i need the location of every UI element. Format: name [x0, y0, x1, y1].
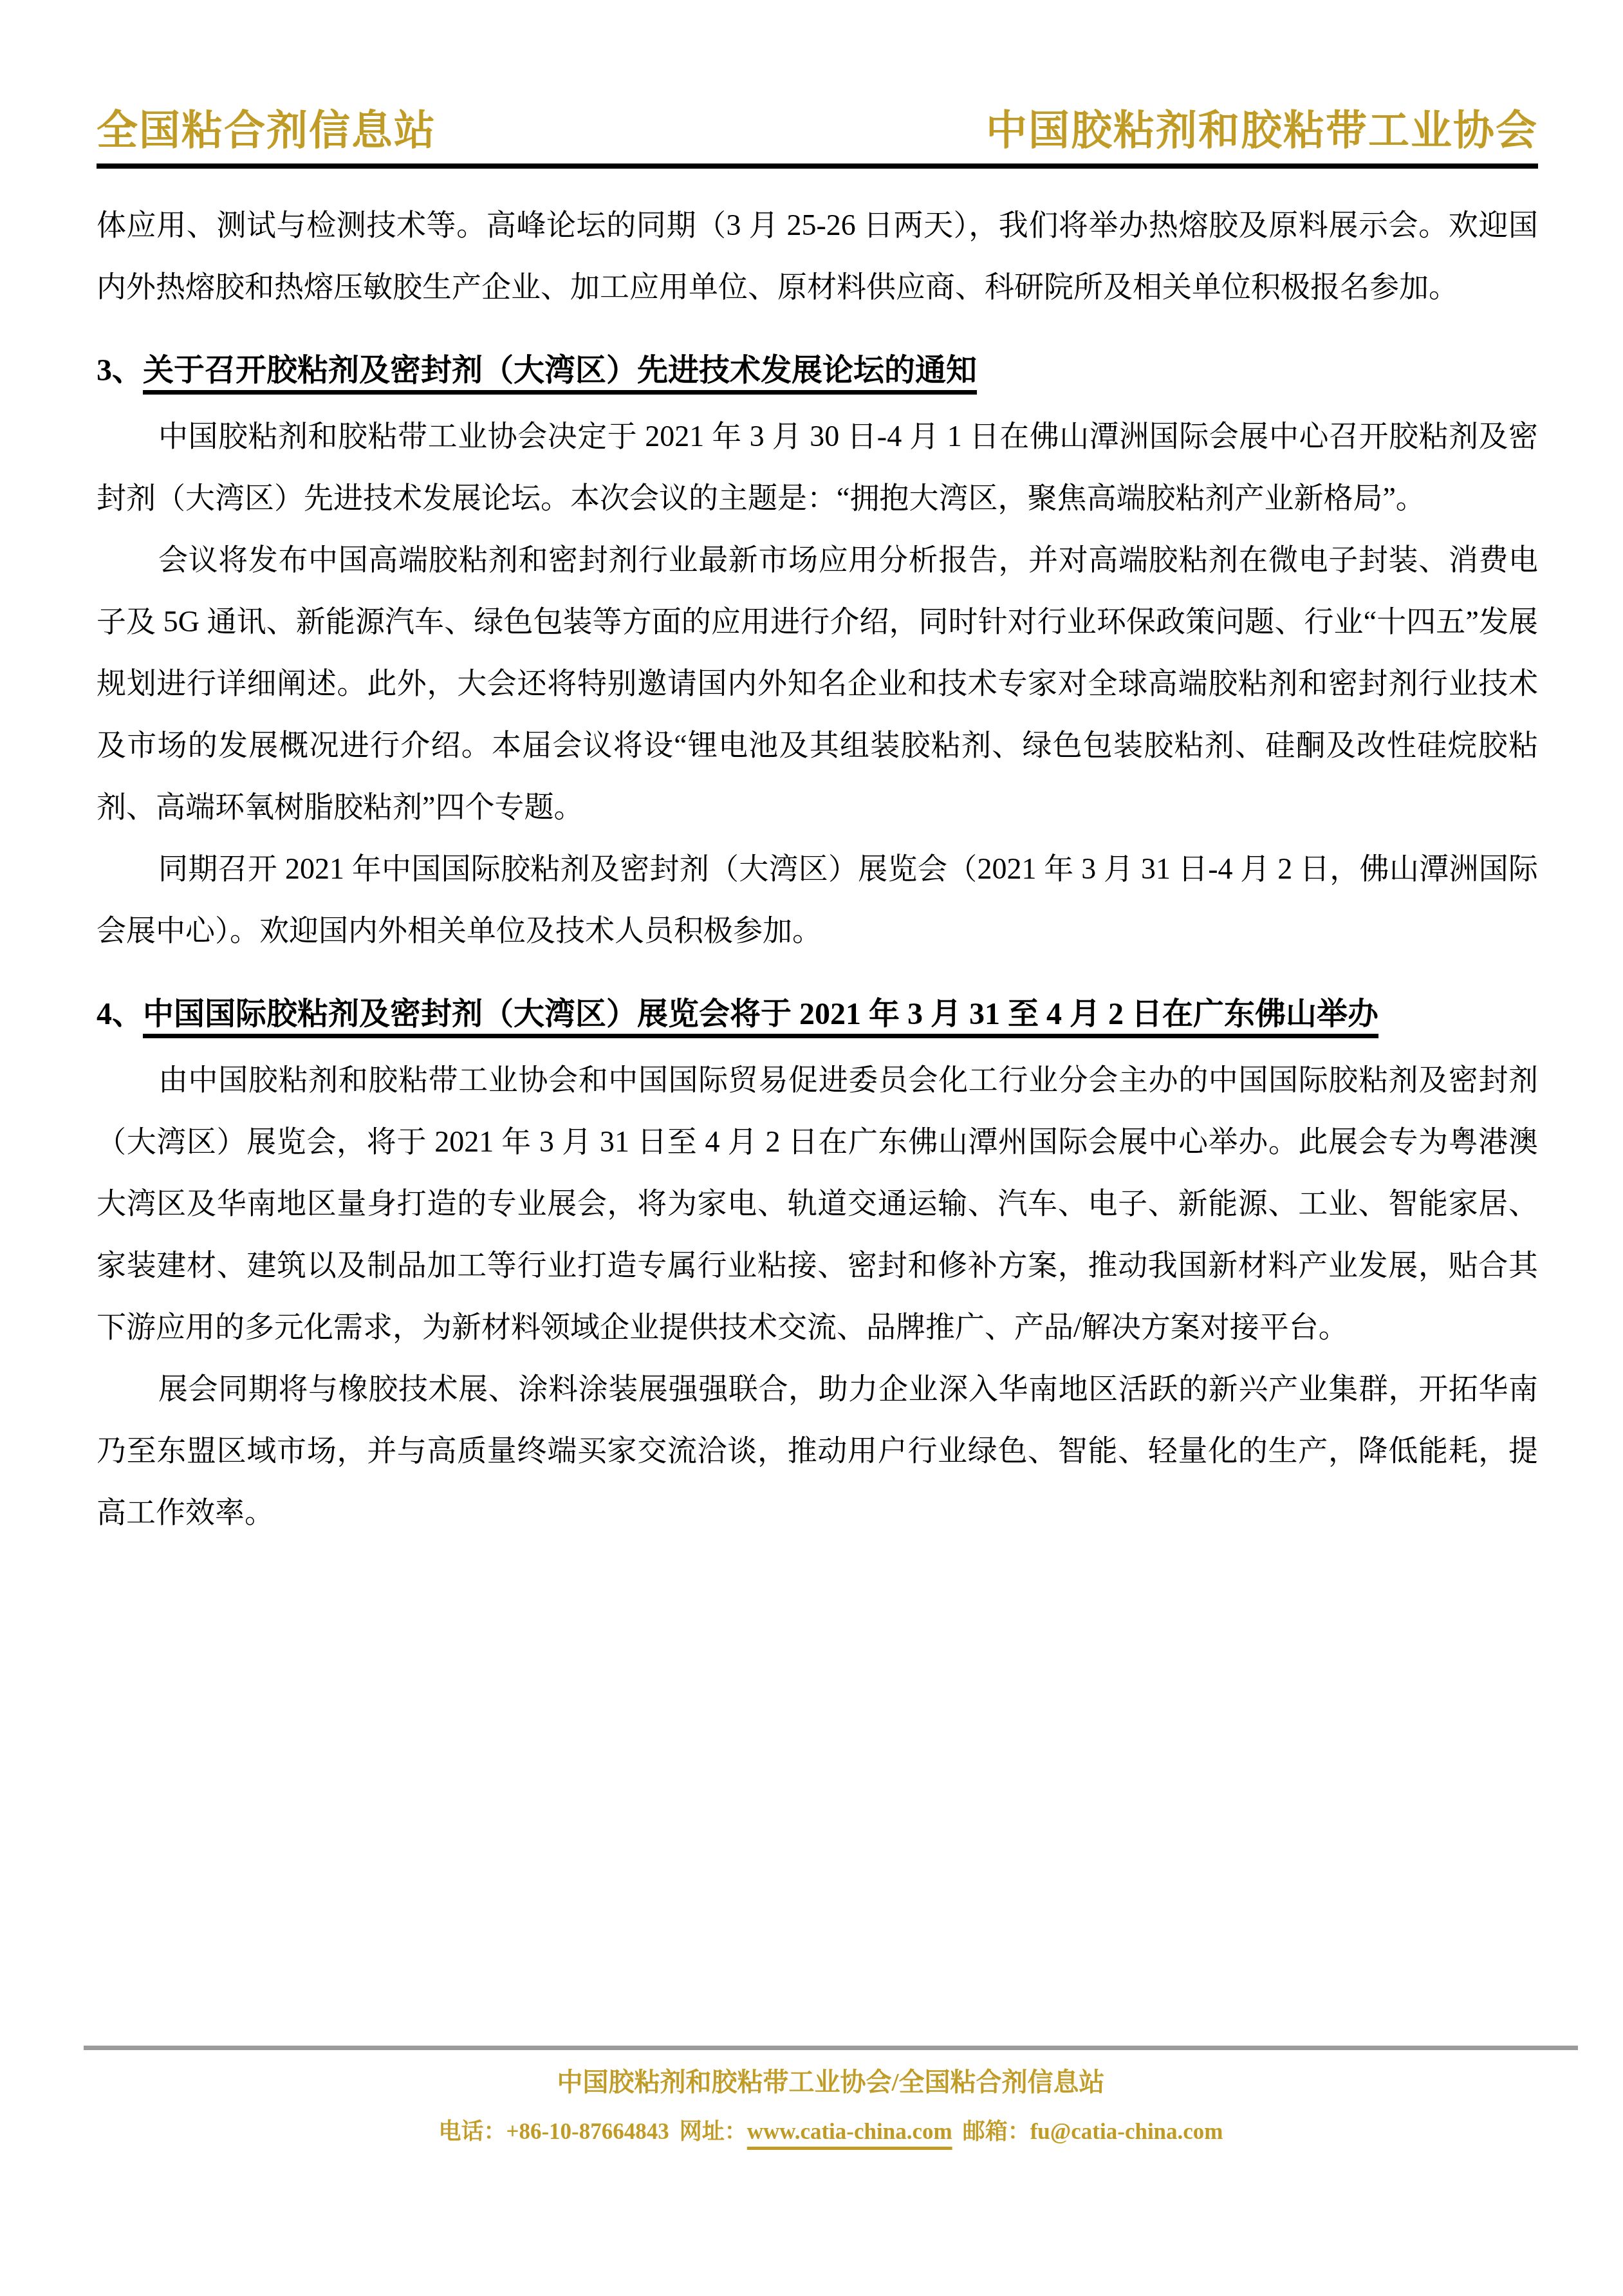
header-left-title: 全国粘合剂信息站 — [97, 108, 436, 153]
header-right-title: 中国胶粘剂和胶粘带工业协会 — [986, 108, 1538, 153]
document-body: 体应用、测试与检测技术等。高峰论坛的同期（3 月 25-26 日两天），我们将举… — [97, 194, 1538, 1544]
intro-paragraph: 体应用、测试与检测技术等。高峰论坛的同期（3 月 25-26 日两天），我们将举… — [97, 194, 1538, 318]
section4-paragraph-1: 由中国胶粘剂和胶粘带工业协会和中国国际贸易促进委员会化工行业分会主办的中国国际胶… — [97, 1049, 1538, 1358]
footer-contact-line: 电话：+86-10-87664843网址：www.catia-china.com… — [84, 2117, 1578, 2147]
section3-paragraph-3: 同期召开 2021 年中国国际胶粘剂及密封剂（大湾区）展览会（2021 年 3 … — [97, 838, 1538, 962]
section4-title: 中国国际胶粘剂及密封剂（大湾区）展览会将于 2021 年 3 月 31 至 4 … — [143, 997, 1378, 1031]
footer-phone-label: 电话： — [438, 2119, 506, 2144]
section4-number: 4、 — [97, 997, 143, 1031]
footer-website-label: 网址： — [680, 2119, 747, 2144]
section3-paragraph-2: 会议将发布中国高端胶粘剂和密封剂行业最新市场应用分析报告，并对高端胶粘剂在微电子… — [97, 529, 1538, 838]
document-page: 全国粘合剂信息站 中国胶粘剂和胶粘带工业协会 体应用、测试与检测技术等。高峰论坛… — [0, 0, 1623, 2296]
footer-email-label: 邮箱： — [963, 2119, 1030, 2144]
page-header: 全国粘合剂信息站 中国胶粘剂和胶粘带工业协会 — [97, 108, 1538, 169]
section4-heading: 4、中国国际胶粘剂及密封剂（大湾区）展览会将于 2021 年 3 月 31 至 … — [97, 984, 1538, 1045]
section3-heading: 3、关于召开胶粘剂及密封剂（大湾区）先进技术发展论坛的通知 — [97, 340, 1538, 402]
section3-number: 3、 — [97, 353, 143, 387]
footer-organization-line: 中国胶粘剂和胶粘带工业协会/全国粘合剂信息站 — [84, 2066, 1578, 2099]
section3-title: 关于召开胶粘剂及密封剂（大湾区）先进技术发展论坛的通知 — [143, 353, 977, 387]
section4-paragraph-2: 展会同期将与橡胶技术展、涂料涂装展强强联合，助力企业深入华南地区活跃的新兴产业集… — [97, 1358, 1538, 1544]
footer-website-link[interactable]: www.catia-china.com — [747, 2119, 952, 2144]
footer-phone-number: +86-10-87664843 — [506, 2119, 669, 2144]
page-footer: 中国胶粘剂和胶粘带工业协会/全国粘合剂信息站 电话：+86-10-8766484… — [84, 2046, 1578, 2147]
section3-paragraph-1: 中国胶粘剂和胶粘带工业协会决定于 2021 年 3 月 30 日-4 月 1 日… — [97, 406, 1538, 529]
footer-email-address: fu@catia-china.com — [1030, 2119, 1223, 2144]
